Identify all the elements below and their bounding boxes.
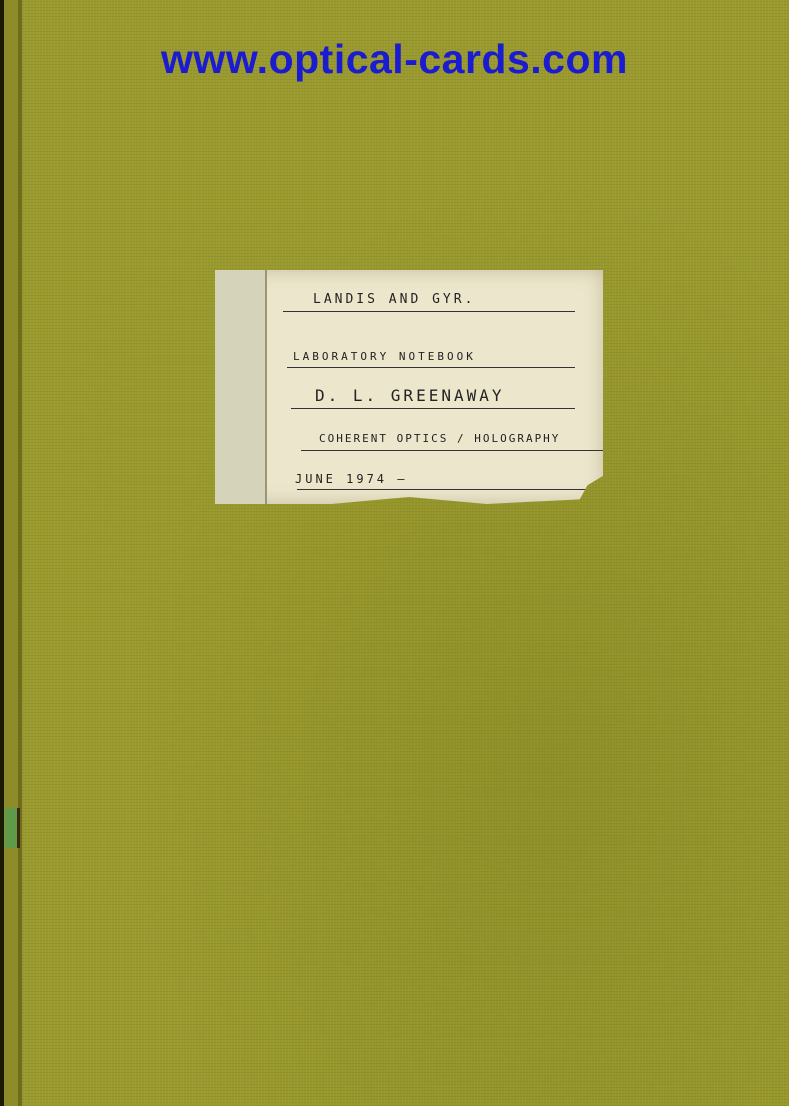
label-rule xyxy=(287,367,575,368)
label-title: LABORATORY NOTEBOOK xyxy=(293,350,476,363)
watermark-url: www.optical-cards.com xyxy=(0,36,789,83)
label-company: LANDIS AND GYR. xyxy=(313,292,475,307)
label-binding-strip xyxy=(215,270,267,504)
label-rule xyxy=(283,311,575,312)
spine-tear xyxy=(5,808,20,848)
label-date: JUNE 1974 — xyxy=(295,472,407,486)
label-rule xyxy=(301,450,603,451)
label-subject: COHERENT OPTICS / HOLOGRAPHY xyxy=(319,432,560,445)
notebook-label: LANDIS AND GYR. LABORATORY NOTEBOOK D. L… xyxy=(215,270,603,504)
notebook-spine xyxy=(0,0,22,1106)
label-rule xyxy=(297,489,587,490)
label-owner: D. L. GREENAWAY xyxy=(315,386,505,405)
label-rule xyxy=(291,408,575,409)
notebook-cover: www.optical-cards.com LANDIS AND GYR. LA… xyxy=(0,0,789,1106)
